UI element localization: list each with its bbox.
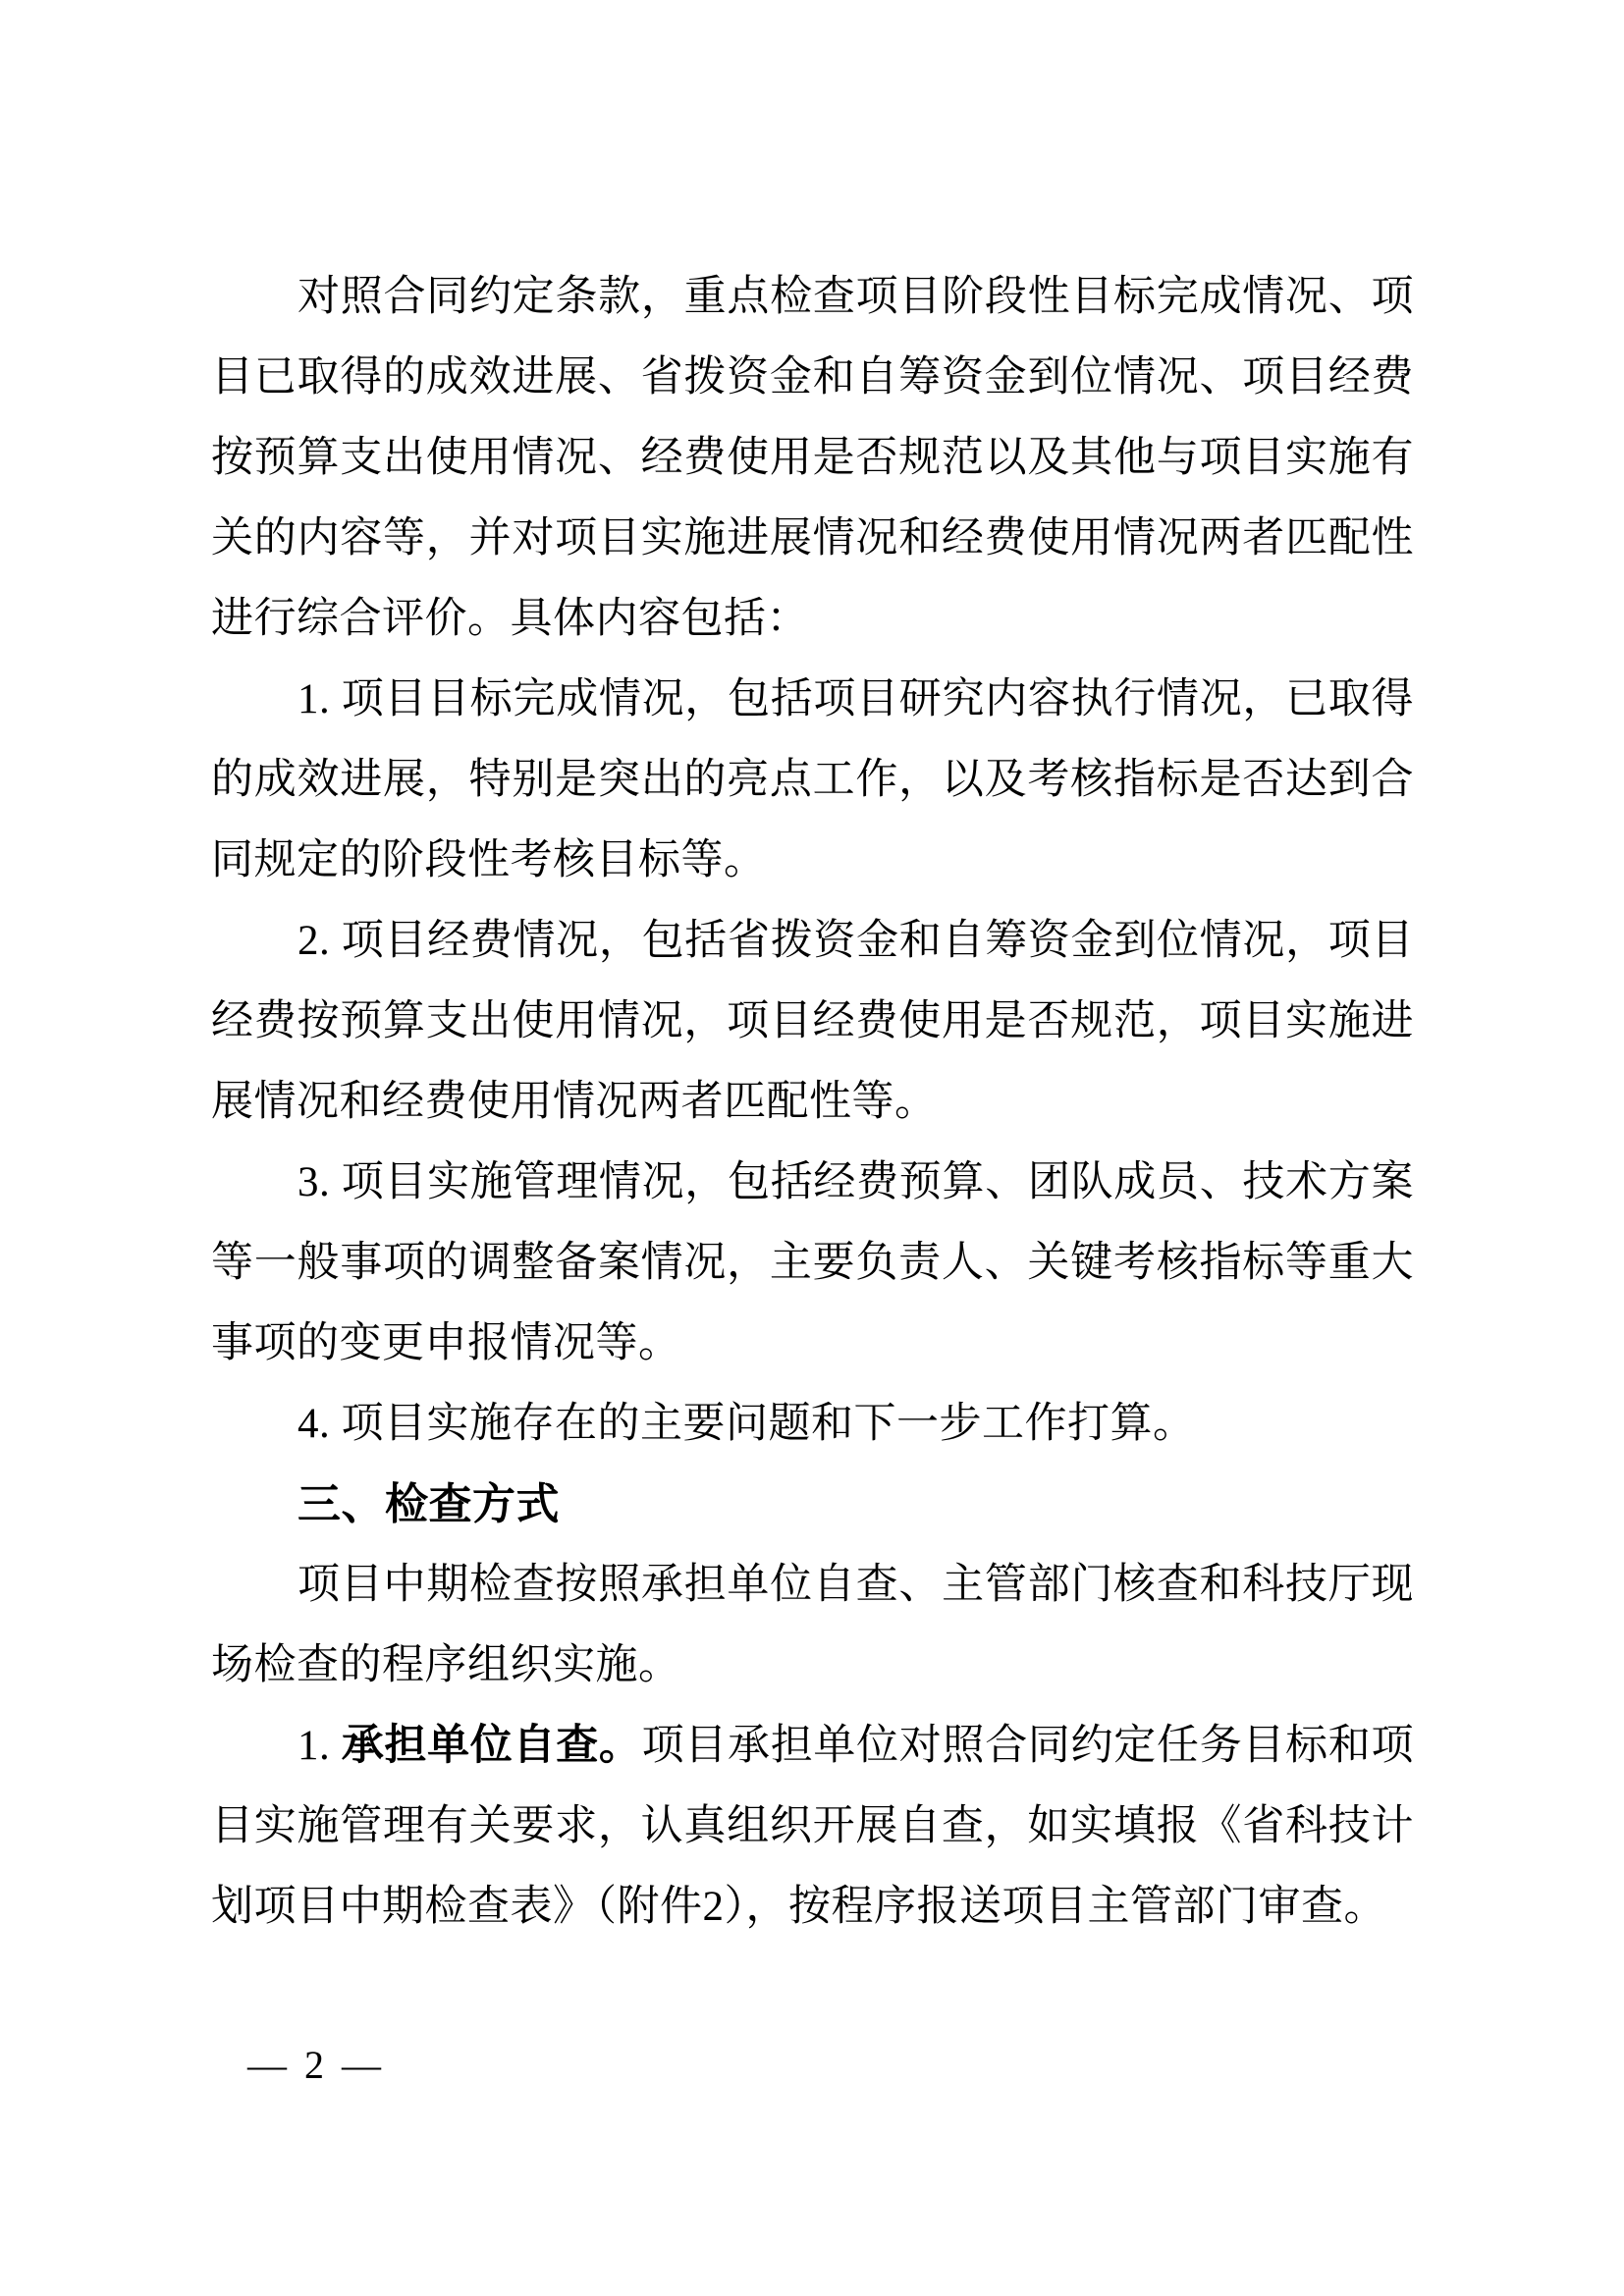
- section-heading-inspection-method: 三、检查方式: [211, 1465, 1414, 1545]
- step1-number: 1.: [298, 1723, 342, 1769]
- paragraph-step1-self-inspection: 1. 承担单位自查。项目承担单位对照合同约定任务目标和项目实施管理有关要求，认真…: [211, 1706, 1414, 1948]
- list-item-3-implementation-management: 3. 项目实施管理情况，包括经费预算、团队成员、技术方案等一般事项的调整备案情况…: [211, 1143, 1414, 1384]
- step1-lead-title: 承担单位自查。: [342, 1723, 642, 1769]
- paragraph-inspection-content: 对照合同约定条款，重点检查项目阶段性目标完成情况、项目已取得的成效进展、省拨资金…: [211, 257, 1414, 660]
- page-number: — 2 —: [247, 2044, 385, 2087]
- list-item-1-project-goals: 1. 项目目标完成情况，包括项目研究内容执行情况，已取得的成效进展，特别是突出的…: [211, 660, 1414, 901]
- document-body: 对照合同约定条款，重点检查项目阶段性目标完成情况、项目已取得的成效进展、省拨资金…: [211, 257, 1414, 1948]
- list-item-2-project-funds: 2. 项目经费情况，包括省拨资金和自筹资金到位情况，项目经费按预算支出使用情况，…: [211, 901, 1414, 1143]
- list-item-4-problems-and-plans: 4. 项目实施存在的主要问题和下一步工作打算。: [211, 1384, 1414, 1465]
- document-page: 对照合同约定条款，重点检查项目阶段性目标完成情况、项目已取得的成效进展、省拨资金…: [0, 0, 1624, 2296]
- paragraph-inspection-procedure: 项目中期检查按照承担单位自查、主管部门核查和科技厅现场检查的程序组织实施。: [211, 1545, 1414, 1706]
